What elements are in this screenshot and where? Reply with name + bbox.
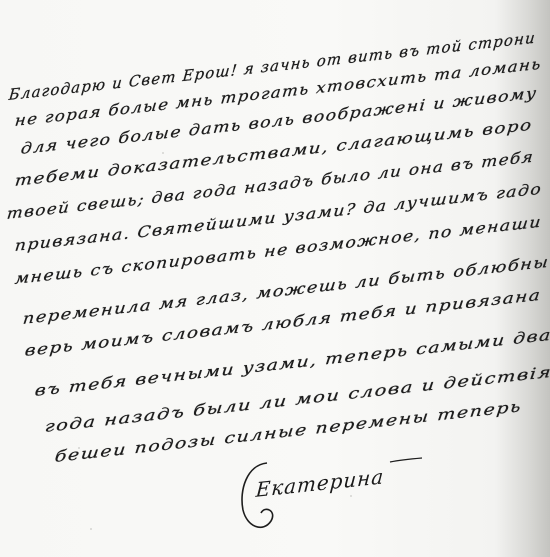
paper-speck bbox=[162, 152, 164, 154]
signature-tail-icon bbox=[250, 450, 430, 470]
paper-speck bbox=[90, 528, 92, 530]
paper-speck bbox=[350, 495, 352, 497]
